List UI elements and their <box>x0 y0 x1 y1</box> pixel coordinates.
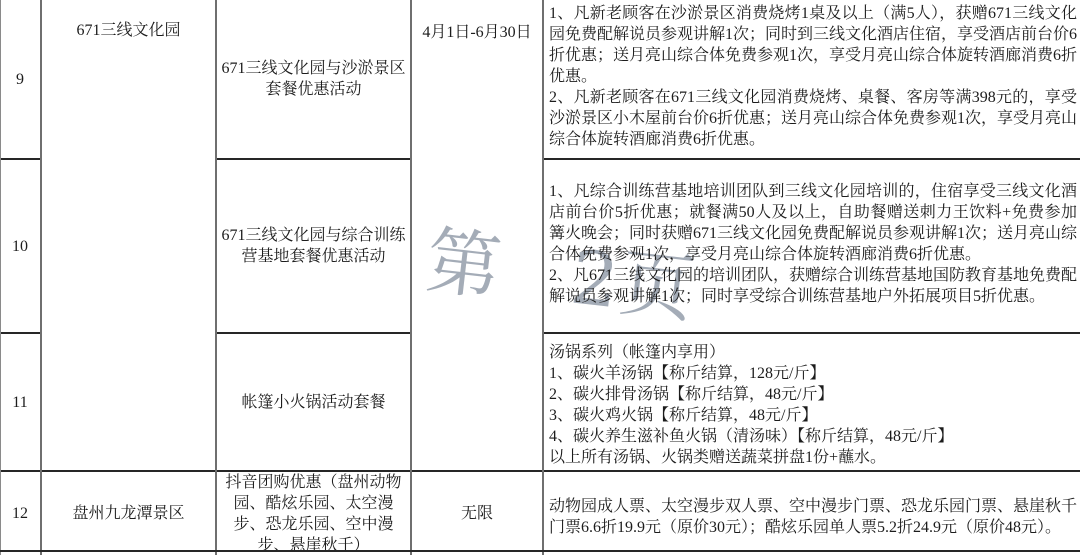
column-row-number: 9 10 11 12 <box>0 0 40 555</box>
venue-label: 671三线文化园 <box>76 20 180 41</box>
date-cell-row12: 无限 <box>412 472 542 555</box>
activity-cell-row9: 671三线文化园与沙淤景区套餐优惠活动 <box>217 0 410 160</box>
detail-line: 4、碳火养生滋补鱼火锅（清汤味）【称斤结算，48元/斤】 <box>549 426 1077 447</box>
activity-cell-row12: 抖音团购优惠（盘州动物园、酷炫乐园、太空漫步、恐龙乐园、空中漫步、悬崖秋千） <box>217 472 410 555</box>
venue-cell-671-culture-park: 671三线文化园 <box>42 0 215 472</box>
venue-cell-jiulongtan: 盘州九龙潭景区 <box>42 472 215 555</box>
date-unlimited-label: 无限 <box>461 503 493 524</box>
activity-label: 671三线文化园与综合训练营基地套餐优惠活动 <box>217 225 410 267</box>
detail-line: 汤锅系列（帐篷内享用） <box>549 342 1077 363</box>
detail-paragraph: 动物园成人票、太空漫步双人票、空中漫步门票、恐龙乐园门票、悬崖秋千门票6.6折1… <box>549 496 1077 538</box>
activity-cell-row11: 帐篷小火锅活动套餐 <box>217 334 410 472</box>
detail-line: 以上所有汤锅、火锅类赠送蔬菜拼盘1份+蘸水。 <box>549 447 1077 468</box>
row-11-number: 11 <box>0 334 40 472</box>
table-bottom-border <box>0 550 1080 552</box>
activity-cell-row10: 671三线文化园与综合训练营基地套餐优惠活动 <box>217 160 410 334</box>
venue-label: 盘州九龙潭景区 <box>72 503 184 524</box>
detail-paragraph: 2、凡新老顾客在671三线文化园消费烧烤、桌餐、客房等满398元的，享受沙淤景区… <box>549 87 1077 150</box>
column-details: 1、凡新老顾客在沙淤景区消费烧烤1桌及以上（满5人），获赠671三线文化园免费配… <box>542 0 1080 555</box>
detail-line: 2、碳火排骨汤锅【称斤结算，48元/斤】 <box>549 384 1077 405</box>
detail-line: 3、碳火鸡火锅【称斤结算，48元/斤】 <box>549 405 1077 426</box>
detail-cell-row10: 1、凡综合训练营基地培训团队到三线文化园培训的，住宿享受三线文化酒店前台价5折优… <box>544 160 1080 334</box>
activity-label: 帐篷小火锅活动套餐 <box>239 392 387 413</box>
column-date: 4月1日-6月30日 无限 <box>410 0 542 555</box>
column-activity: 671三线文化园与沙淤景区套餐优惠活动 671三线文化园与综合训练营基地套餐优惠… <box>215 0 410 555</box>
activity-label: 671三线文化园与沙淤景区套餐优惠活动 <box>217 58 410 100</box>
row-12-number: 12 <box>0 472 40 555</box>
document-page: 第 2页 9 10 11 12 671三线文化园 盘州九龙潭景区 671三线文化… <box>0 0 1080 555</box>
date-cell-rows9-11: 4月1日-6月30日 <box>412 0 542 472</box>
date-range-label: 4月1日-6月30日 <box>422 22 531 43</box>
detail-cell-row9: 1、凡新老顾客在沙淤景区消费烧烤1桌及以上（满5人），获赠671三线文化园免费配… <box>544 0 1080 160</box>
detail-cell-row11: 汤锅系列（帐篷内享用） 1、碳火羊汤锅【称斤结算，128元/斤】 2、碳火排骨汤… <box>544 334 1080 472</box>
detail-cell-row12: 动物园成人票、太空漫步双人票、空中漫步门票、恐龙乐园门票、悬崖秋千门票6.6折1… <box>544 472 1080 555</box>
detail-paragraph: 1、凡综合训练营基地培训团队到三线文化园培训的，住宿享受三线文化酒店前台价5折优… <box>549 181 1077 265</box>
detail-paragraph: 2、凡671三线文化园的培训团队，获赠综合训练营基地国防教育基地免费配解说员参观… <box>549 265 1077 307</box>
column-venue: 671三线文化园 盘州九龙潭景区 <box>40 0 215 555</box>
row-9-number: 9 <box>0 0 40 160</box>
row-10-number: 10 <box>0 160 40 334</box>
table-left-border <box>0 0 1 555</box>
activity-label: 抖音团购优惠（盘州动物园、酷炫乐园、太空漫步、恐龙乐园、空中漫步、悬崖秋千） <box>217 472 410 555</box>
detail-line: 1、碳火羊汤锅【称斤结算，128元/斤】 <box>549 363 1077 384</box>
detail-paragraph: 1、凡新老顾客在沙淤景区消费烧烤1桌及以上（满5人），获赠671三线文化园免费配… <box>549 3 1077 87</box>
